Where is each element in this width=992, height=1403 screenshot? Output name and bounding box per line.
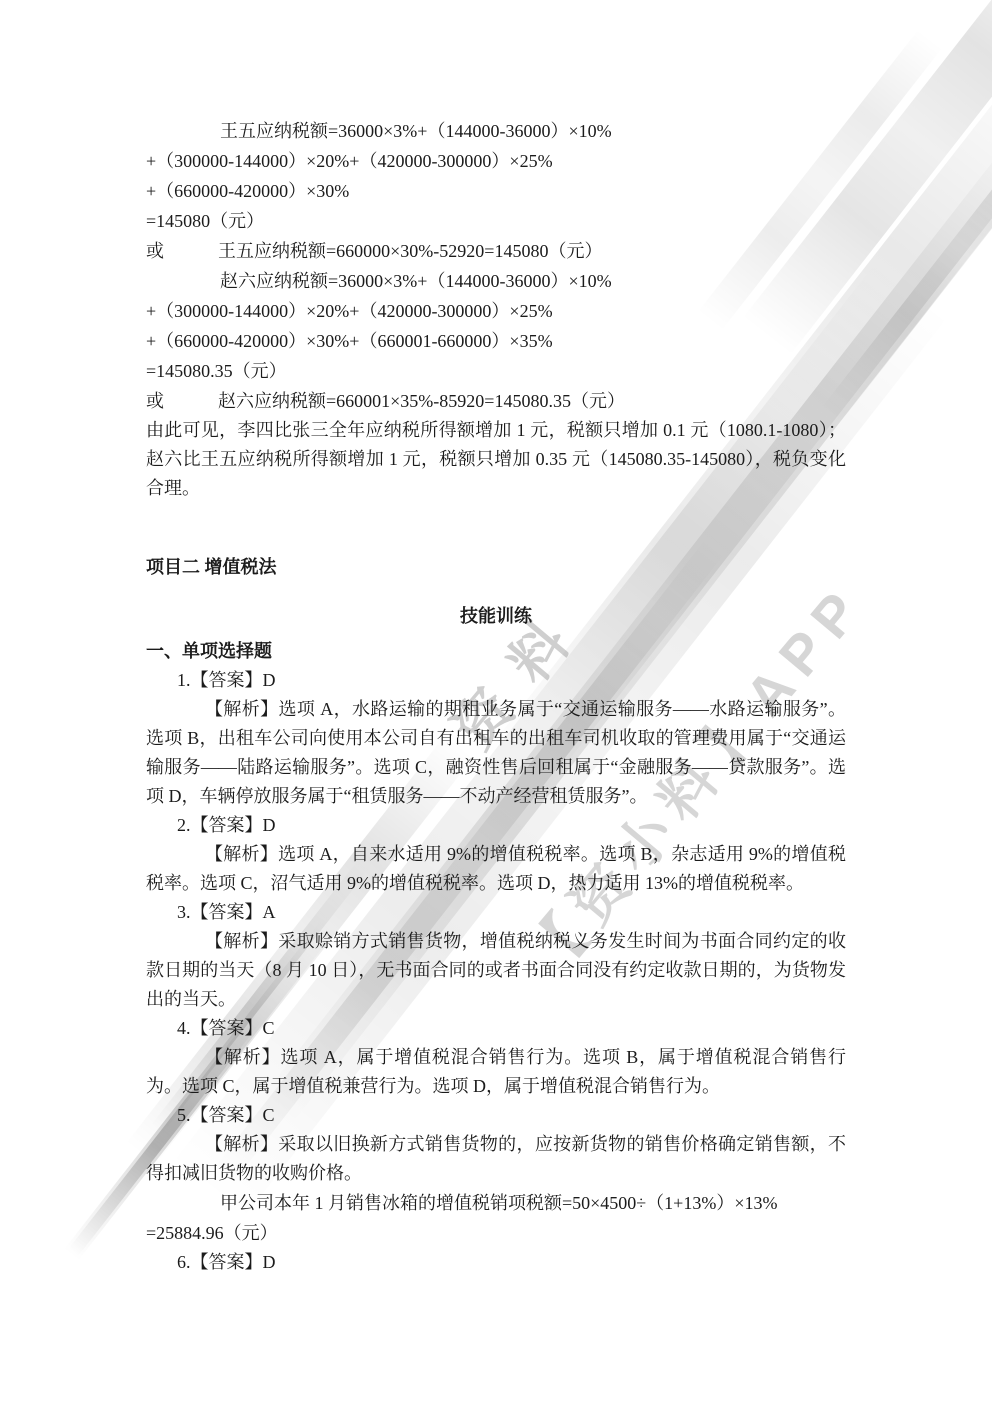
formula-line: +（300000-144000）×20%+（420000-300000）×25% xyxy=(146,296,846,326)
document-content: 王五应纳税额=36000×3%+（144000-36000）×10%+（3000… xyxy=(146,116,846,1277)
formula-line: =145080（元） xyxy=(146,206,846,236)
formula-line: +（660000-420000）×30%+（660001-660000）×35% xyxy=(146,326,846,356)
answer-line: 1.【答案】D xyxy=(146,666,846,695)
conclusion-paragraph: 由此可见，李四比张三全年应纳税所得额增加 1 元，税额只增加 0.1 元（108… xyxy=(146,416,846,503)
answer-line: 6.【答案】D xyxy=(146,1248,846,1277)
document-page: { "page": { "background": "#ffffff", "te… xyxy=(0,0,992,1403)
analysis-paragraph: 【解析】采取赊销方式销售货物，增值税纳税义务发生时间为书面合同约定的收款日期的当… xyxy=(146,927,846,1014)
formula-line: =25884.96（元） xyxy=(146,1218,846,1248)
answer-line: 4.【答案】C xyxy=(146,1014,846,1043)
exercise-section-title: 技能训练 xyxy=(146,602,846,631)
analysis-paragraph: 【解析】选项 A，属于增值税混合销售行为。选项 B，属于增值税混合销售行为。选项… xyxy=(146,1043,846,1101)
formula-line: +（300000-144000）×20%+（420000-300000）×25% xyxy=(146,146,846,176)
answer-line: 3.【答案】A xyxy=(146,898,846,927)
formula-line: 或 王五应纳税额=660000×30%-52920=145080（元） xyxy=(146,236,846,266)
answer-line: 5.【答案】C xyxy=(146,1101,846,1130)
answer-line: 2.【答案】D xyxy=(146,811,846,840)
formula-line: 或 赵六应纳税额=660001×35%-85920=145080.35（元） xyxy=(146,386,846,416)
analysis-paragraph: 【解析】采取以旧换新方式销售货物的，应按新货物的销售价格确定销售额，不得扣减旧货… xyxy=(146,1130,846,1188)
formula-line: =145080.35（元） xyxy=(146,356,846,386)
question-type-heading: 一、单项选择题 xyxy=(146,637,846,666)
formula-line: +（660000-420000）×30% xyxy=(146,176,846,206)
watermark-streak xyxy=(821,77,992,423)
formula-line: 甲公司本年 1 月销售冰箱的增值税销项税额=50×4500÷（1+13%）×13… xyxy=(146,1188,846,1218)
analysis-paragraph: 【解析】选项 A，水路运输的期租业务属于“交通运输服务——水路运输服务”。选项 … xyxy=(146,695,846,811)
formula-line: 赵六应纳税额=36000×3%+（144000-36000）×10% xyxy=(146,266,846,296)
formula-line: 王五应纳税额=36000×3%+（144000-36000）×10% xyxy=(146,116,846,146)
section-heading: 项目二 增值税法 xyxy=(146,553,846,582)
analysis-paragraph: 【解析】选项 A，自来水适用 9%的增值税税率。选项 B，杂志适用 9%的增值税… xyxy=(146,840,846,898)
